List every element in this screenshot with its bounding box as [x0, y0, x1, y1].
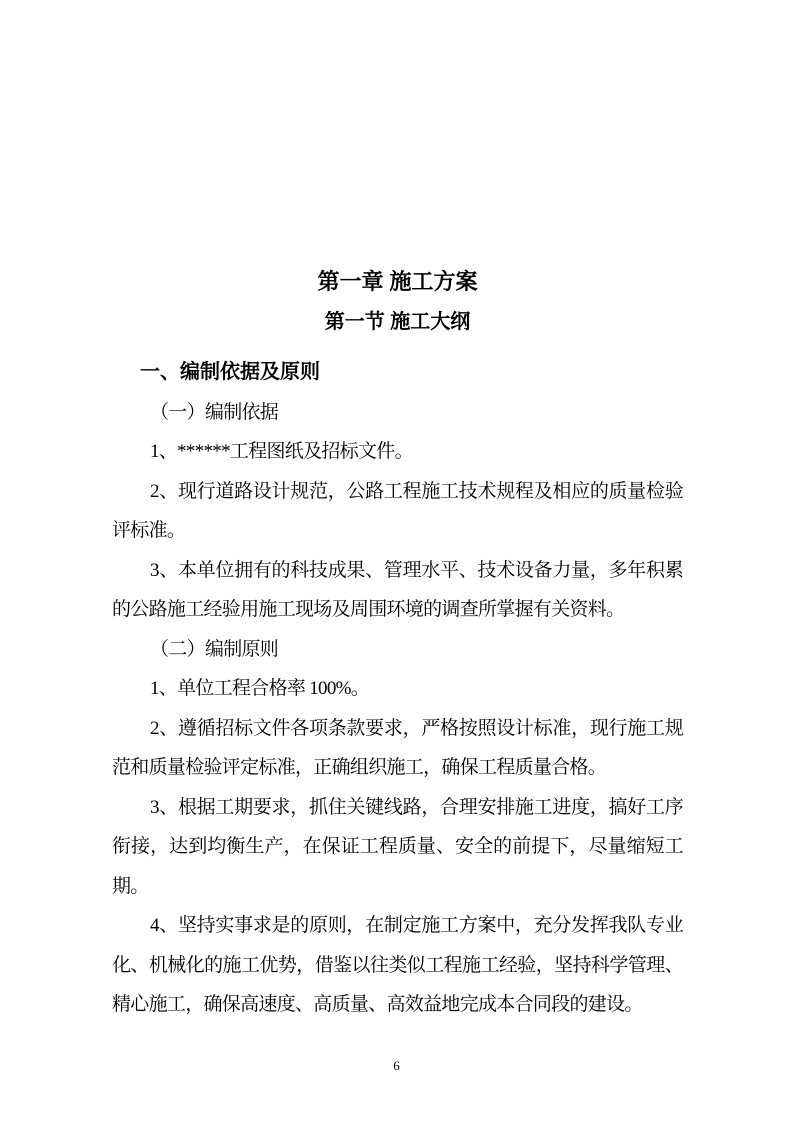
principle-paragraph-4: 4、坚持实事求是的原则，在制定施工方案中，充分发挥我队专业化、机械化的施工优势，…: [112, 906, 683, 1025]
principle-paragraph-1: 1、单位工程合格率 100%。: [112, 669, 683, 709]
basis-paragraph-1: 1、******工程图纸及招标文件。: [112, 432, 683, 472]
subheading-compilation-basis: （一）编制依据: [112, 393, 683, 433]
heading-basis-and-principles: 一、编制依据及原则: [112, 353, 683, 393]
principle-paragraph-3: 3、根据工期要求，抓住关键线路，合理安排施工进度，搞好工序衔接，达到均衡生产，在…: [112, 788, 683, 907]
basis-paragraph-2: 2、现行道路设计规范，公路工程施工技术规程及相应的质量检验评标准。: [112, 472, 683, 551]
principle-paragraph-2: 2、遵循招标文件各项条款要求，严格按照设计标准，现行施工规范和质量检验评定标准，…: [112, 709, 683, 788]
basis-paragraph-3: 3、本单位拥有的科技成果、管理水平、技术设备力量，多年积累的公路施工经验用施工现…: [112, 551, 683, 630]
document-body: 第一章 施工方案 第一节 施工大纲 一、编制依据及原则 （一）编制依据 1、**…: [112, 262, 683, 1025]
document-page: 第一章 施工方案 第一节 施工大纲 一、编制依据及原则 （一）编制依据 1、**…: [0, 0, 793, 1122]
page-number: 6: [0, 1058, 793, 1074]
subheading-compilation-principles: （二）编制原则: [112, 630, 683, 670]
section-title: 第一节 施工大纲: [112, 302, 683, 342]
chapter-title: 第一章 施工方案: [112, 262, 683, 302]
